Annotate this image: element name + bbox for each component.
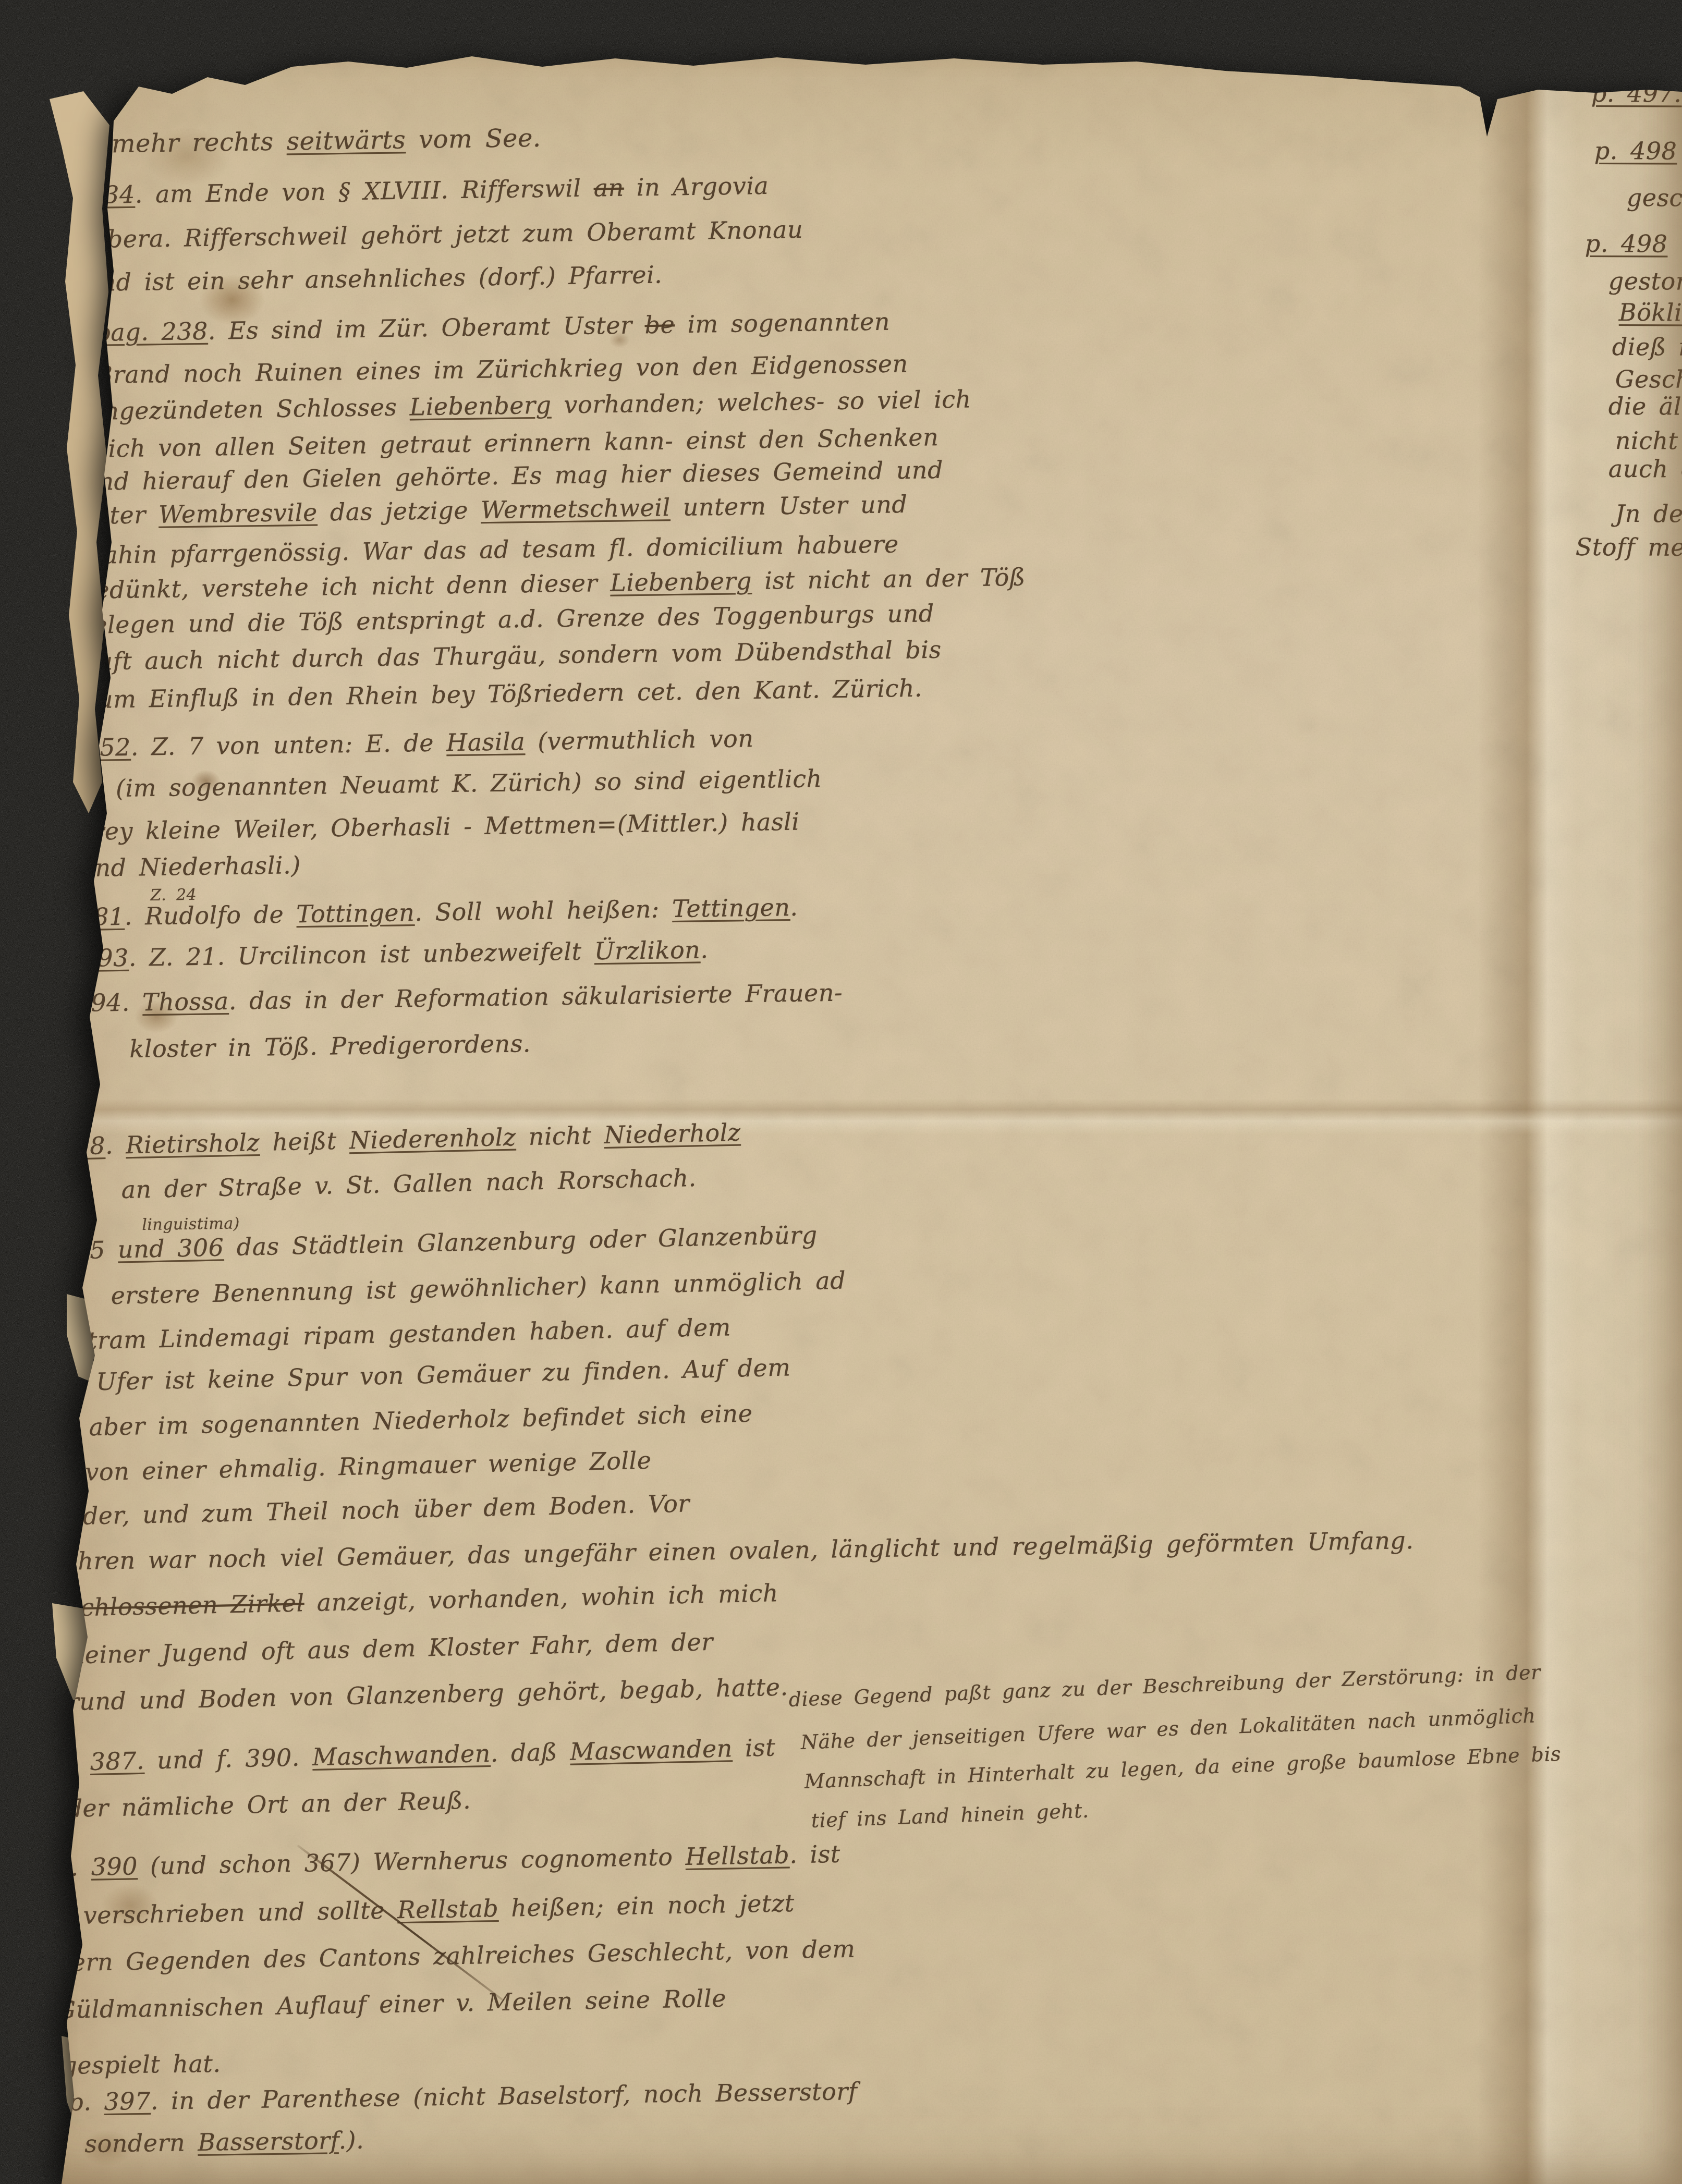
- manuscript-line: unter Wembresvile das jetzige Wermetschw…: [78, 490, 908, 530]
- underlined-word: Mascwanden: [570, 1734, 733, 1766]
- manuscript-line: und ist ein sehr ansehnliches (dorf.) Pf…: [84, 261, 663, 297]
- underlined-word: 298: [58, 1131, 105, 1161]
- hand-text: .: [105, 1131, 126, 1160]
- manuscript-line: 298. Rietirsholz heißt Niederenholz nich…: [58, 1118, 741, 1161]
- hand-text: Nähe der jenseitigen Ufere war es den Lo…: [800, 1704, 1536, 1754]
- underlined-word: p. 497.: [1591, 79, 1682, 108]
- manuscript-line: under, und zum Theil noch über dem Boden…: [51, 1489, 690, 1531]
- hand-text: zum Einfluß in den Rhein bey Tößriedern …: [84, 674, 922, 714]
- hand-text: tief ins Land hinein geht.: [811, 1799, 1089, 1832]
- hand-text: p.: [48, 734, 84, 762]
- hand-text: dieß i: [1612, 333, 1682, 361]
- underlined-word: 234: [88, 180, 135, 209]
- hand-text: Jn den: [1615, 499, 1682, 528]
- manuscript-line: gespielt hat.: [62, 2049, 221, 2080]
- manuscript-line: ad pag. 238. Es sind im Zür. Oberamt Ust…: [52, 308, 890, 347]
- hand-text: diese Gegend paßt ganz zu der Beschreibu…: [788, 1661, 1541, 1711]
- hand-text: Stoff mehr: [1576, 533, 1682, 562]
- right-page-line: Stoff mehr: [1576, 533, 1682, 562]
- hand-text: vorhanden; welches- so viel ich: [551, 385, 971, 419]
- underlined-word: Ürzlikon: [594, 935, 700, 965]
- hand-text: Jahren war noch viel Gemäuer, das ungefä…: [53, 1526, 1414, 1576]
- right-page-line: Bökli: [1619, 298, 1682, 326]
- manuscript-line: Güldmannischen Auflauf einer v. Meilen s…: [56, 1984, 726, 2024]
- hand-text: Brand noch Ruinen eines im Zürichkrieg v…: [95, 349, 908, 389]
- manuscript-line: meiner Jugend oft aus dem Kloster Fahr, …: [62, 1628, 713, 1669]
- hand-text: te von einer ehmalig. Ringmauer wenige Z…: [48, 1446, 652, 1487]
- margin-note-line: diese Gegend paßt ganz zu der Beschreibu…: [788, 1661, 1541, 1711]
- manuscript-line: p. 390 (und schon 367) Wernherus cognome…: [55, 1840, 840, 1882]
- manuscript-line: kloster in Töß. Predigerordens.: [129, 1029, 531, 1063]
- underlined-word: Liebenberg: [610, 567, 752, 597]
- hand-text: nicht e: [1615, 426, 1682, 455]
- hand-text: und ist ein sehr ansehnliches (dorf.) Pf…: [84, 261, 663, 297]
- hand-text: in Argovia: [624, 172, 769, 202]
- manuscript-line: läuft auch nicht durch das Thurgäu, sond…: [75, 636, 942, 676]
- margin-note-line: Mannschaft in Hinterhalt zu legen, da ei…: [804, 1742, 1562, 1793]
- underlined-word: Hasila: [446, 727, 526, 757]
- hand-text: kloster in Töß. Predigerordens.: [129, 1029, 531, 1063]
- hand-text: . Es sind im Zür. Oberamt Uster: [208, 311, 645, 345]
- hand-text: Güldmannischen Auflauf einer v. Meilen s…: [56, 1984, 726, 2024]
- underlined-word: Niederholz: [604, 1118, 741, 1149]
- hand-text: und hierauf den Gielen gehörte. Es mag h…: [82, 456, 943, 496]
- hand-text: der nämliche Ort an der Reuß.: [67, 1786, 471, 1823]
- hand-text: drey kleine Weiler, Oberhasli - Mettmen=…: [77, 808, 800, 846]
- hand-text: Geschich: [1615, 365, 1682, 394]
- manuscript-line: Grund und Boden von Glanzenberg gehört, …: [48, 1673, 788, 1716]
- hand-text: .).: [338, 2126, 364, 2155]
- page-shadow-wrap: , vielmehr rechts seitwärts vom See.p. 2…: [0, 0, 1682, 2184]
- hand-text: . das in der Reformation säkularisierte …: [228, 978, 843, 1015]
- margin-note-line: Nähe der jenseitigen Ufere war es den Lo…: [800, 1704, 1536, 1754]
- right-page-line: auch oh: [1608, 455, 1682, 483]
- underlined-word: Tettingen: [672, 893, 790, 923]
- hand-text: . Z. 21. Urcilincon ist unbezweifelt: [129, 937, 595, 971]
- manuscript-page: , vielmehr rechts seitwärts vom See.p. 2…: [0, 0, 1682, 2184]
- hand-text: erstere Benennung ist gewöhnlicher) kann…: [111, 1266, 846, 1310]
- struck-out-word: ab: [46, 1413, 77, 1442]
- manuscript-line: st verschrieben und sollte Rellstab heiß…: [48, 1889, 795, 1930]
- manuscript-line: en Ufer ist keine Spur von Gemäuer zu fi…: [53, 1353, 791, 1397]
- hand-text: p.: [42, 903, 78, 932]
- hand-text: (vermuthlich von: [525, 724, 754, 755]
- struck-out-word: an: [593, 174, 624, 202]
- right-page-line: gesch: [1627, 184, 1682, 212]
- manuscript-line: istram Lindemagi ripam gestanden haben. …: [67, 1313, 731, 1355]
- manuscript-line: hasli (im sogenannten Neuamt K. Zürich) …: [44, 764, 822, 803]
- underlined-word: Thossa: [142, 987, 229, 1016]
- hand-text: meiner Jugend oft aus dem Kloster Fahr, …: [62, 1628, 713, 1669]
- hand-text: und Niederhasli.): [79, 851, 301, 882]
- underlined-word: Hellstab: [685, 1840, 790, 1870]
- right-page-line: p. 497.: [1591, 79, 1682, 108]
- underlined-word: 281: [78, 902, 125, 931]
- right-page-line: nicht e: [1615, 426, 1682, 455]
- manuscript-line: der nämliche Ort an der Reuß.: [67, 1786, 471, 1823]
- manuscript-line: sondern Basserstorf.).: [84, 2126, 364, 2158]
- hand-text: angezündeten Schlosses: [89, 393, 410, 425]
- hand-text: (und schon 367) Wernherus cognomento: [137, 1843, 686, 1880]
- hand-text: gespielt hat.: [62, 2049, 221, 2080]
- hand-text: p.: [46, 944, 82, 973]
- manuscript-line: drey kleine Weiler, Oberhasli - Mettmen=…: [77, 808, 800, 846]
- hand-text: .: [700, 935, 709, 963]
- manuscript-line: erstere Benennung ist gewöhnlicher) kann…: [111, 1266, 846, 1310]
- right-page-line: p. 498: [1585, 229, 1668, 258]
- hand-text: heißen; ein noch jetzt: [498, 1889, 795, 1922]
- hand-text: anzeigt, vorhanden, wohin ich mich: [304, 1579, 778, 1617]
- hand-text: das jetzige: [317, 496, 481, 526]
- hand-text: st verschrieben und sollte: [48, 1896, 397, 1930]
- hand-text: nicht: [516, 1121, 604, 1151]
- manuscript-line: und hierauf den Gielen gehörte. Es mag h…: [82, 456, 943, 496]
- underlined-word: ad pag. 238: [52, 317, 208, 347]
- manuscript-line: mich von allen Seiten getraut erinnern k…: [85, 423, 938, 463]
- hand-text: gestorb: [1608, 267, 1682, 296]
- underlined-word: Rellstab: [397, 1894, 499, 1924]
- right-page-line: die ält: [1608, 392, 1682, 421]
- hand-text: p. 294.: [39, 988, 142, 1018]
- manuscript-line: p. 294. Thossa. das in der Reformation s…: [39, 978, 843, 1018]
- right-page-line: dieß i: [1612, 333, 1682, 361]
- hand-text: bedünkt, verstehe ich nicht denn dieser: [79, 569, 611, 604]
- manuscript-line: und Niederhasli.): [79, 851, 301, 882]
- manuscript-line: p. 293. Z. 21. Urcilincon ist unbezweife…: [46, 935, 709, 973]
- manuscript-line: p. 397. in der Parenthese (nicht Baselst…: [68, 2077, 858, 2116]
- underlined-word: p. 498: [1594, 137, 1677, 165]
- manuscript-line: an der Straße v. St. Gallen nach Rorscha…: [121, 1164, 697, 1204]
- manuscript-line: linguistima): [142, 1214, 240, 1234]
- hand-text: auch oh: [1608, 455, 1682, 483]
- hand-text: ist nicht an der Töß: [752, 563, 1026, 595]
- hand-text: aber im sogenannten Niederholz befindet …: [76, 1399, 753, 1442]
- hand-text: untern Uster und: [670, 490, 907, 521]
- right-page-line: Geschich: [1615, 365, 1682, 394]
- hand-text: . Soll wohl heißen:: [415, 895, 672, 926]
- manuscript-line: geschlossenen Zirkel anzeigt, vorhanden,…: [38, 1579, 778, 1622]
- hand-text: . daß: [490, 1738, 570, 1767]
- underlined-word: p. 498: [1585, 229, 1668, 258]
- underlined-word: 397: [104, 2087, 151, 2116]
- hand-text: nsern Gegenden des Cantons zahlreiches G…: [43, 1935, 856, 1977]
- hand-text: linguistima): [142, 1214, 240, 1234]
- manuscript-line: angezündeten Schlosses Liebenberg vorhan…: [89, 385, 971, 425]
- right-page-line: Jn den: [1615, 499, 1682, 528]
- manuscript-line: ab aber im sogenannten Niederholz befind…: [46, 1399, 753, 1442]
- underlined-word: Wermetschweil: [481, 493, 671, 524]
- manuscript-line: dahin pfarrgenössig. War das ad tesam fl…: [88, 530, 899, 569]
- hand-text: . Rudolfo de: [125, 900, 297, 931]
- underlined-word: Bökli: [1619, 298, 1682, 326]
- manuscript-line: bedünkt, verstehe ich nicht denn dieser …: [79, 563, 1026, 604]
- underlined-word: 252: [84, 733, 131, 762]
- hand-text: . am Ende von § XLVIII. Rifferswil: [135, 174, 594, 209]
- hand-text: p.: [52, 181, 89, 210]
- right-page-line: p. 498: [1594, 137, 1677, 165]
- hand-text: an der Straße v. St. Gallen nach Rorscha…: [121, 1164, 697, 1204]
- hand-text: und f. 390.: [144, 1743, 312, 1775]
- margin-note-line: tief ins Land hinein geht.: [811, 1799, 1089, 1832]
- underlined-word: 390: [91, 1852, 138, 1881]
- hand-text: heißt: [260, 1126, 350, 1156]
- manuscript-line: zum Einfluß in den Rhein bey Tößriedern …: [84, 674, 922, 714]
- underlined-word: Liebenberg: [409, 391, 552, 421]
- hand-text: sondern: [84, 2128, 198, 2158]
- hand-text: Mannschaft in Hinterhalt zu legen, da ei…: [804, 1742, 1562, 1793]
- hand-text: en Ufer ist keine Spur von Gemäuer zu fi…: [53, 1353, 791, 1397]
- underlined-word: Maschwanden: [312, 1739, 491, 1771]
- underlined-word: 293: [82, 944, 129, 972]
- hand-text: belegen und die Töß entspringt a.d. Gren…: [77, 599, 934, 639]
- manuscript-line: 387. und f. 390. Maschwanden. daß Mascwa…: [90, 1733, 776, 1776]
- hand-text: , vielmehr rechts: [44, 127, 287, 160]
- hand-text: im sogenannten: [675, 308, 890, 339]
- manuscript-line: nsern Gegenden des Cantons zahlreiches G…: [43, 1935, 856, 1977]
- underlined-word: und 306: [117, 1233, 224, 1263]
- hand-text: mich von allen Seiten getraut erinnern k…: [85, 423, 938, 463]
- hand-text: 305: [58, 1236, 118, 1265]
- underlined-word: 387.: [90, 1747, 145, 1776]
- manuscript-photo: , vielmehr rechts seitwärts vom See.p. 2…: [0, 0, 1682, 2184]
- underlined-word: Niederenholz: [349, 1123, 516, 1155]
- hand-text: . ist: [789, 1840, 840, 1869]
- hand-text: die ält: [1608, 392, 1682, 421]
- underlined-word: Basserstorf: [198, 2126, 339, 2156]
- underlined-word: seitwärts: [286, 125, 406, 156]
- underlined-word: Tottingen: [296, 898, 415, 928]
- manuscript-line: belegen und die Töß entspringt a.d. Gren…: [77, 599, 934, 639]
- hand-text: p.: [55, 1853, 91, 1882]
- hand-text: vom See.: [406, 124, 541, 155]
- hand-text: .: [790, 893, 798, 921]
- hand-text: läuft auch nicht durch das Thurgäu, sond…: [75, 636, 942, 676]
- hand-text: (im sogenannten Neuamt K. Zürich) so sin…: [103, 764, 822, 802]
- hand-text: under, und zum Theil noch über dem Boden…: [51, 1489, 690, 1531]
- manuscript-line: libera. Rifferschweil gehört jetzt zum O…: [91, 215, 803, 253]
- hand-text: istram Lindemagi ripam gestanden haben. …: [67, 1313, 731, 1355]
- manuscript-line: p. 252. Z. 7 von unten: E. de Hasila (ve…: [48, 724, 754, 762]
- hand-text: . in der Parenthese (nicht Baselstorf, n…: [151, 2077, 858, 2115]
- hand-text: gesch: [1627, 184, 1682, 212]
- right-page-line: gestorb: [1608, 267, 1682, 296]
- manuscript-line: p. 234. am Ende von § XLVIII. Rifferswil…: [52, 172, 769, 210]
- hand-text: dahin pfarrgenössig. War das ad tesam fl…: [88, 530, 899, 569]
- hand-text: unter: [78, 501, 159, 530]
- manuscript-line: , vielmehr rechts seitwärts vom See.: [44, 124, 541, 160]
- struck-out-word: be: [644, 310, 675, 339]
- hand-text: ist: [732, 1733, 776, 1762]
- hand-text: . Z. 7 von unten: E. de: [131, 728, 447, 761]
- manuscript-line: Brand noch Ruinen eines im Zürichkrieg v…: [95, 349, 908, 389]
- hand-text: Grund und Boden von Glanzenberg gehört, …: [48, 1673, 788, 1716]
- struck-out-word: geschlossenen Zirkel: [38, 1589, 304, 1622]
- underlined-word: Wembresvile: [159, 498, 318, 529]
- underlined-word: hasli: [44, 774, 103, 803]
- manuscript-line: te von einer ehmalig. Ringmauer wenige Z…: [48, 1446, 652, 1487]
- hand-text: das Städtlein Glanzenburg oder Glanzenbü…: [224, 1221, 818, 1262]
- hand-text: p.: [68, 2088, 104, 2116]
- underlined-word: Rietirsholz: [126, 1128, 260, 1159]
- hand-text: libera. Rifferschweil gehört jetzt zum O…: [91, 215, 803, 253]
- manuscript-line: Jahren war noch viel Gemäuer, das ungefä…: [53, 1526, 1414, 1576]
